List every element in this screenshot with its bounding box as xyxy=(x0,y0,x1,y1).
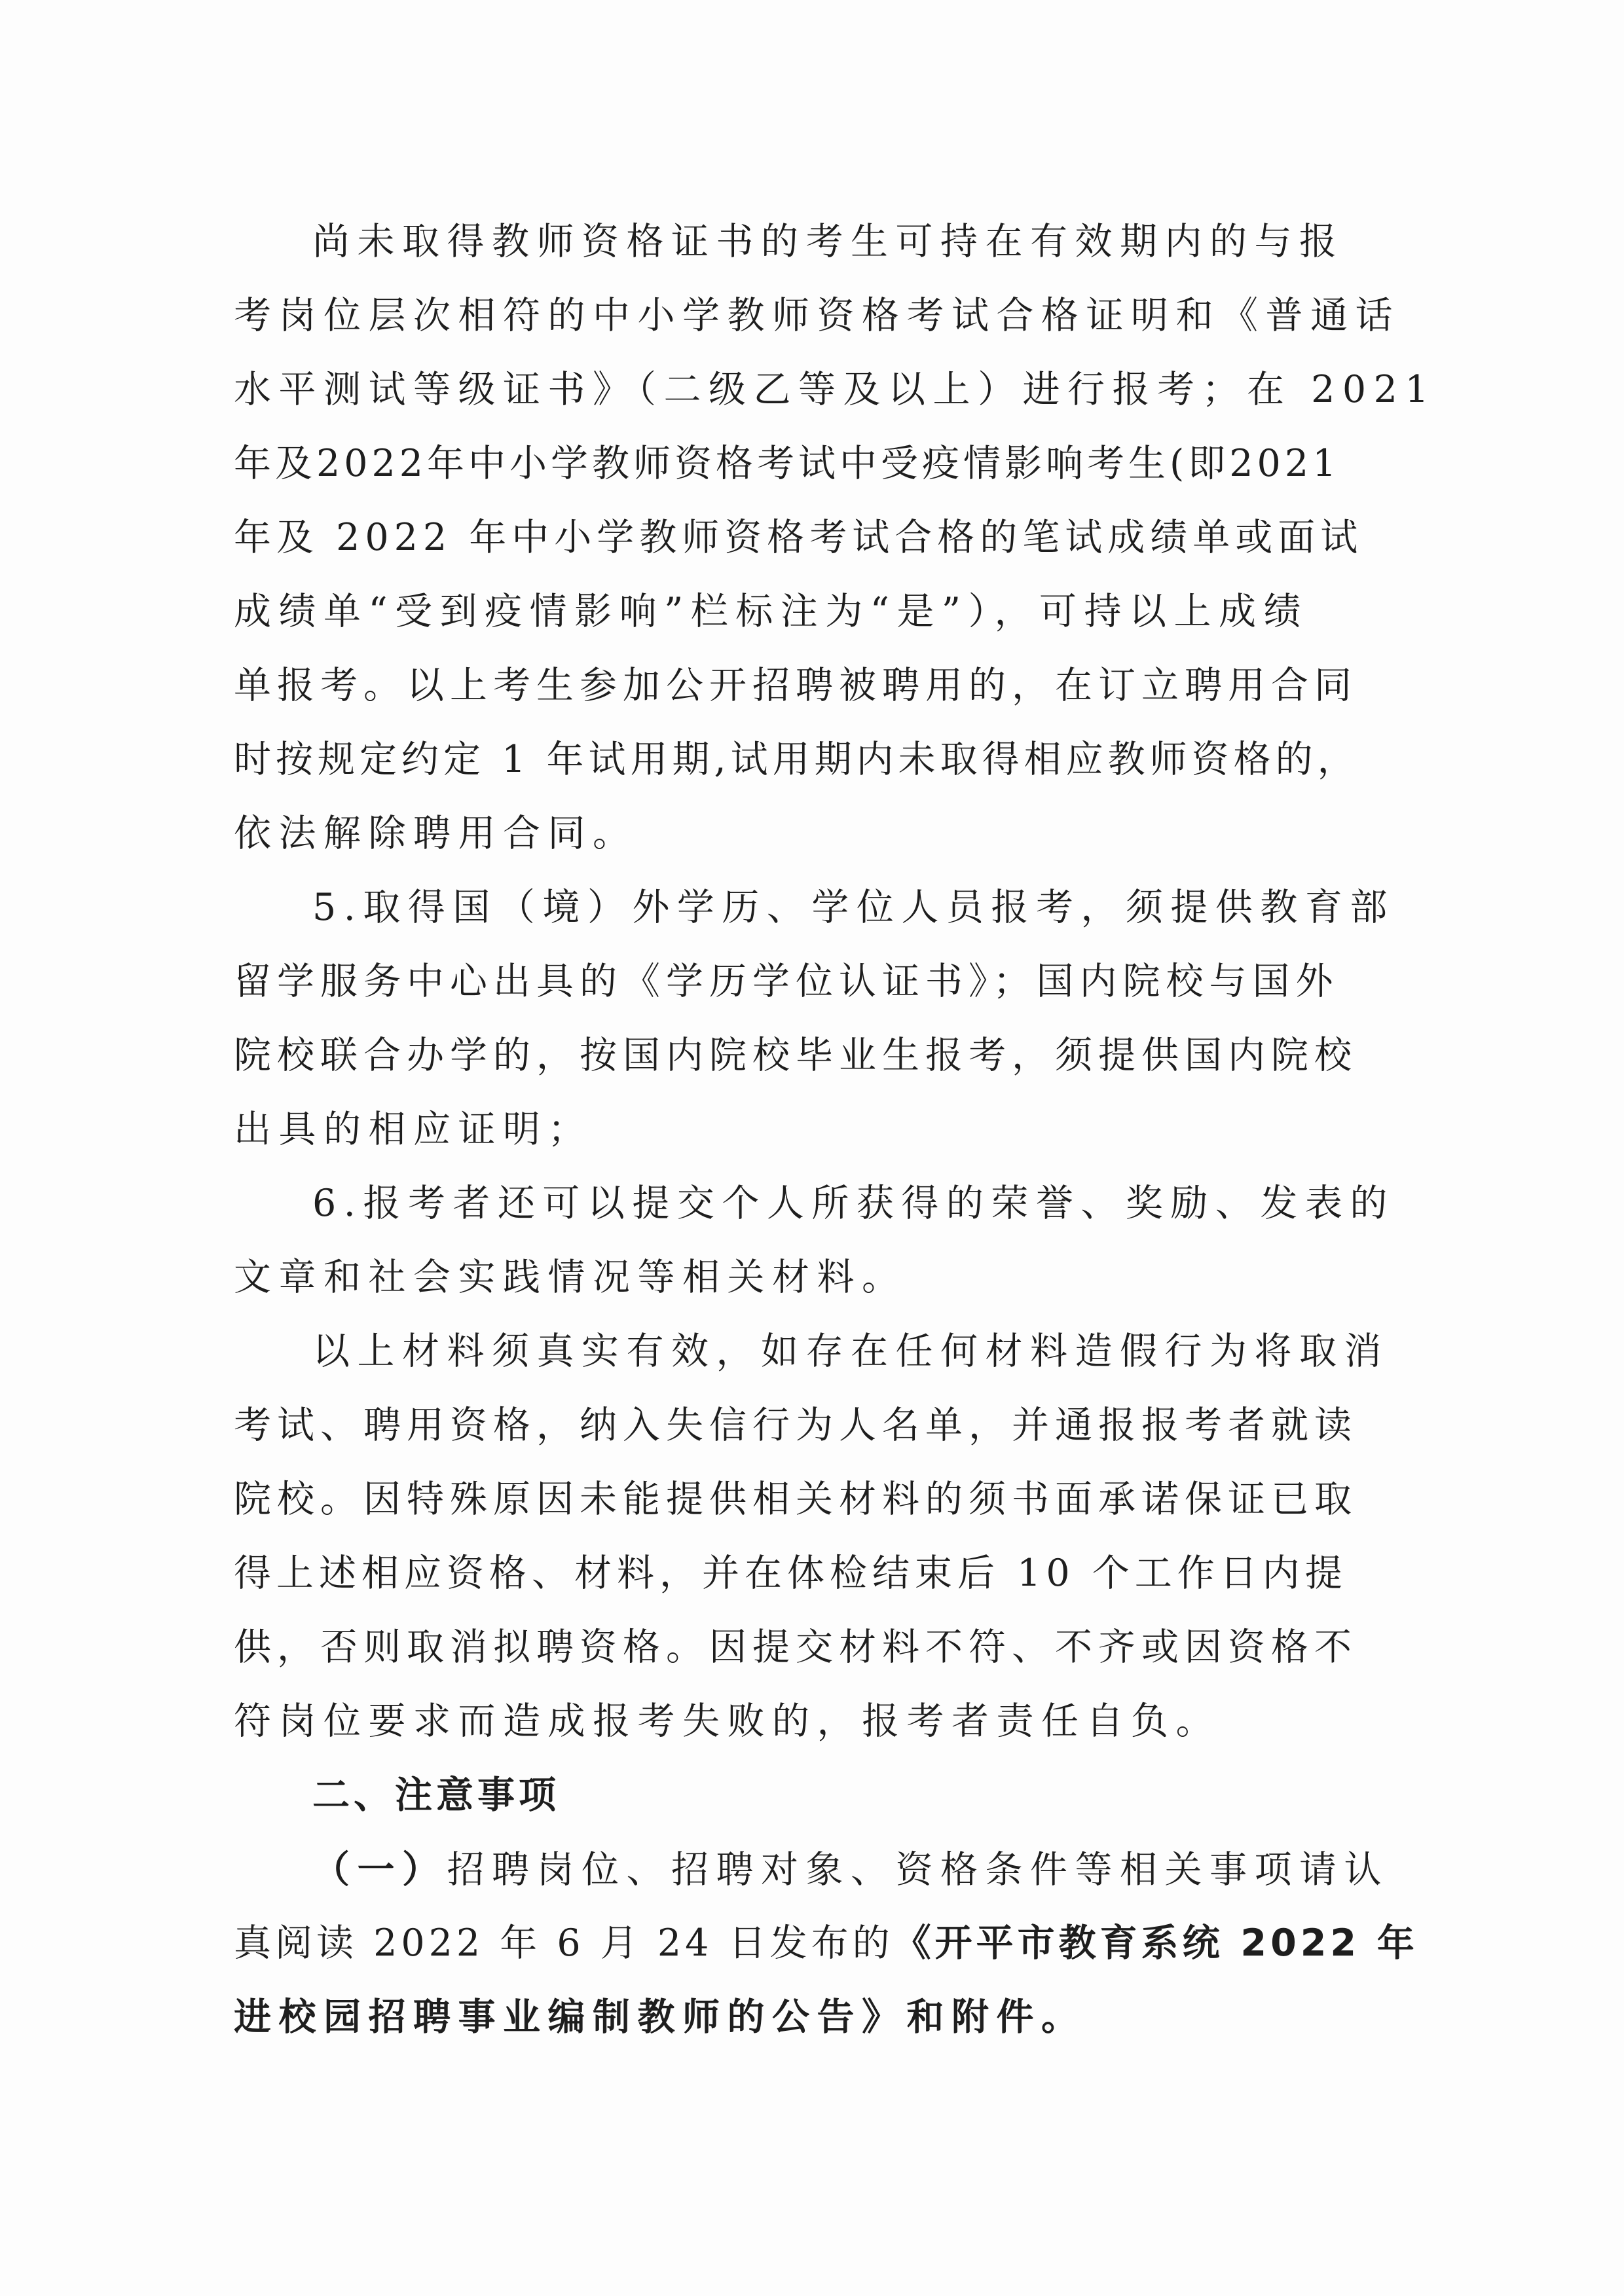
text-line: 依法解除聘用合同。 xyxy=(234,797,1367,871)
text-line: 5.取得国（境）外学历、学位人员报考，须提供教育部 xyxy=(234,871,1367,945)
text-line: 考岗位层次相符的中小学教师资格考试合格证明和《普通话 xyxy=(234,279,1367,353)
text-line: 水平测试等级证书》（二级乙等及以上）进行报考；在 2021 xyxy=(234,353,1367,427)
subsection-marker: （一） xyxy=(312,1848,447,1891)
text-line: 院校联合办学的，按国内院校毕业生报考，须提供国内院校 xyxy=(234,1019,1367,1093)
subsection-text: 招聘岗位、招聘对象、资格条件等相关事项请认 xyxy=(447,1848,1390,1891)
text-line: 院校。因特殊原因未能提供相关材料的须书面承诺保证已取 xyxy=(234,1463,1367,1537)
text-line: 符岗位要求而造成报考失败的，报考者责任自负。 xyxy=(234,1685,1367,1758)
text-line: 单报考。以上考生参加公开招聘被聘用的，在订立聘用合同 xyxy=(234,649,1367,723)
document-page: 尚未取得教师资格证书的考生可持在有效期内的与报 考岗位层次相符的中小学教师资格考… xyxy=(234,205,1367,2054)
text-line: 文章和社会实践情况等相关材料。 xyxy=(234,1241,1367,1315)
text-line: 得上述相应资格、材料，并在体检结束后 10 个工作日内提 xyxy=(234,1537,1367,1611)
text-line: 出具的相应证明； xyxy=(234,1093,1367,1167)
text-line: 6.报考者还可以提交个人所获得的荣誉、奖励、发表的 xyxy=(234,1167,1367,1241)
paragraph-item-5: 5.取得国（境）外学历、学位人员报考，须提供教育部 留学服务中心出具的《学历学位… xyxy=(234,871,1367,1167)
announcement-title-reference: 进校园招聘事业编制教师的公告》和附件。 xyxy=(234,1980,1367,2054)
announcement-title-reference: 《开平市教育系统 2022 年 xyxy=(894,1922,1418,1965)
paragraph-item-6: 6.报考者还可以提交个人所获得的荣誉、奖励、发表的 文章和社会实践情况等相关材料… xyxy=(234,1167,1367,1315)
text-line: 年及2022年中小学教师资格考试中受疫情影响考生(即2021 xyxy=(234,427,1367,501)
paragraph-qualification-exemption: 尚未取得教师资格证书的考生可持在有效期内的与报 考岗位层次相符的中小学教师资格考… xyxy=(234,205,1367,871)
text-line: 供，否则取消拟聘资格。因提交材料不符、不齐或因资格不 xyxy=(234,1611,1367,1685)
text-line: 考试、聘用资格，纳入失信行为人名单，并通报报考者就读 xyxy=(234,1389,1367,1463)
text-line: 留学服务中心出具的《学历学位认证书》；国内院校与国外 xyxy=(234,945,1367,1019)
text-line: 真阅读 2022 年 6 月 24 日发布的《开平市教育系统 2022 年 xyxy=(234,1906,1367,1980)
paragraph-authenticity-notice: 以上材料须真实有效，如存在任何材料造假行为将取消 考试、聘用资格，纳入失信行为人… xyxy=(234,1315,1367,1758)
text-line: 成绩单“受到疫情影响”栏标注为“是”），可持以上成绩 xyxy=(234,575,1367,649)
text-line: （一）招聘岗位、招聘对象、资格条件等相关事项请认 xyxy=(234,1832,1367,1906)
subsection-text: 真阅读 2022 年 6 月 24 日发布的 xyxy=(234,1922,894,1965)
paragraph-subsection-1: （一）招聘岗位、招聘对象、资格条件等相关事项请认 真阅读 2022 年 6 月 … xyxy=(234,1832,1367,2054)
section-heading: 二、注意事项 xyxy=(234,1758,1367,1832)
text-line: 以上材料须真实有效，如存在任何材料造假行为将取消 xyxy=(234,1315,1367,1389)
text-line: 时按规定约定 1 年试用期,试用期内未取得相应教师资格的， xyxy=(234,723,1367,797)
text-line: 尚未取得教师资格证书的考生可持在有效期内的与报 xyxy=(234,205,1367,279)
text-line: 年及 2022 年中小学教师资格考试合格的笔试成绩单或面试 xyxy=(234,501,1367,575)
